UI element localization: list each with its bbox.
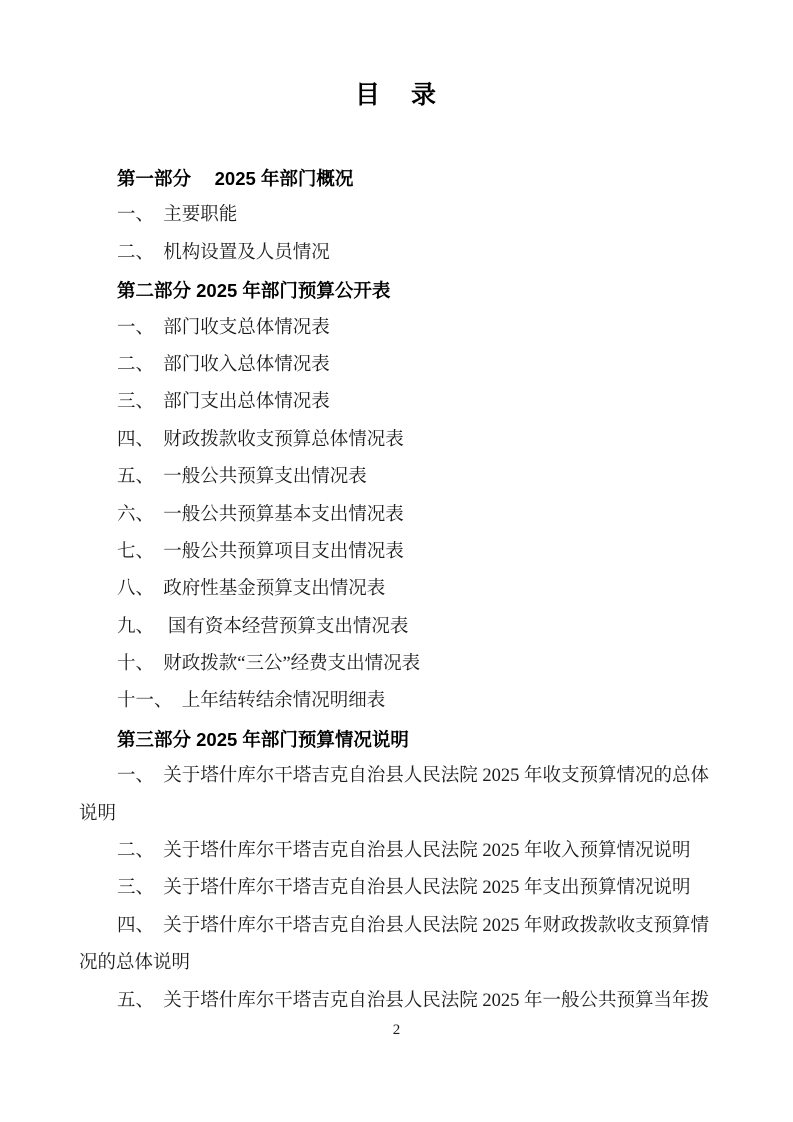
- table-of-contents: 第一部分 2025 年部门概况一、 主要职能二、 机构设置及人员情况第二部分 2…: [0, 160, 793, 1020]
- page-number: 2: [393, 1022, 401, 1038]
- toc-item: 三、 关于塔什库尔干塔吉克自治县人民法院 2025 年支出预算情况说明: [0, 870, 793, 907]
- page-footer: 2: [79, 1020, 714, 1040]
- toc-item: 二、 部门收入总体情况表: [0, 347, 793, 384]
- toc-continuation: 说明: [0, 796, 793, 833]
- toc-heading: 第一部分 2025 年部门概况: [0, 160, 793, 197]
- toc-item: 九、 国有资本经营预算支出情况表: [0, 609, 793, 646]
- toc-item: 五、 关于塔什库尔干塔吉克自治县人民法院 2025 年一般公共预算当年拨: [0, 983, 793, 1020]
- toc-item: 四、 财政拨款收支预算总体情况表: [0, 422, 793, 459]
- toc-heading: 第三部分 2025 年部门预算情况说明: [0, 721, 793, 758]
- toc-item: 十、 财政拨款“三公”经费支出情况表: [0, 646, 793, 683]
- toc-item: 六、 一般公共预算基本支出情况表: [0, 497, 793, 534]
- document-page: 目 录 第一部分 2025 年部门概况一、 主要职能二、 机构设置及人员情况第二…: [0, 0, 793, 1122]
- toc-item: 五、 一般公共预算支出情况表: [0, 459, 793, 496]
- document-title: 目 录: [0, 0, 793, 112]
- toc-item: 一、 关于塔什库尔干塔吉克自治县人民法院 2025 年收支预算情况的总体: [0, 758, 793, 795]
- toc-item: 二、 关于塔什库尔干塔吉克自治县人民法院 2025 年收入预算情况说明: [0, 833, 793, 870]
- toc-item: 一、 主要职能: [0, 197, 793, 234]
- toc-item: 二、 机构设置及人员情况: [0, 235, 793, 272]
- toc-item: 三、 部门支出总体情况表: [0, 384, 793, 421]
- toc-item: 四、 关于塔什库尔干塔吉克自治县人民法院 2025 年财政拨款收支预算情: [0, 908, 793, 945]
- toc-item: 一、 部门收支总体情况表: [0, 310, 793, 347]
- toc-continuation: 况的总体说明: [0, 945, 793, 982]
- toc-item: 八、 政府性基金预算支出情况表: [0, 571, 793, 608]
- toc-heading: 第二部分 2025 年部门预算公开表: [0, 272, 793, 309]
- toc-item: 七、 一般公共预算项目支出情况表: [0, 534, 793, 571]
- toc-item: 十一、 上年结转结余情况明细表: [0, 683, 793, 720]
